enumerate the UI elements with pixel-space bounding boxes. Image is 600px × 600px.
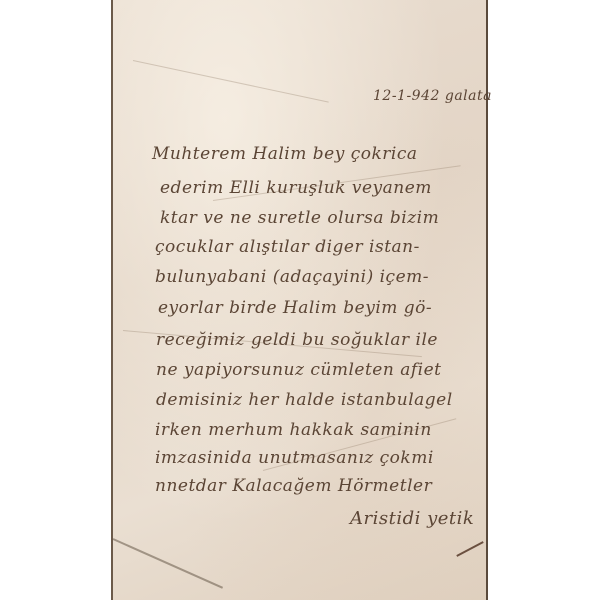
paper-crease [133, 60, 329, 103]
letter-line: irken merhum hakkak saminin [155, 420, 432, 440]
letter-line: ederim Elli kuruşluk veyanem [160, 178, 432, 198]
letter-line: imzasinida unutmasanız çokmi [155, 448, 434, 468]
letter-line: Muhterem Halim bey çokrica [152, 144, 418, 164]
letter-line: çocuklar alıştılar diger istan- [155, 237, 420, 257]
signature: Aristidi yetik [350, 508, 474, 529]
letter-line: nnetdar Kalacağem Hörmetler [155, 476, 432, 496]
letter-line: ne yapiyorsunuz cümleten afiet [156, 360, 441, 380]
letter-line: bulunyabani (adaçayini) içem- [155, 267, 429, 287]
letter-line: receğimiz geldi bu soğuklar ile [156, 330, 438, 350]
letter-line: ktar ve ne suretle olursa bizim [160, 208, 439, 228]
letter-line: eyorlar birde Halim beyim gö- [158, 298, 432, 318]
letter-date: 12-1-942 galata [373, 88, 492, 104]
paper-fold [113, 538, 223, 589]
letter-line: demisiniz her halde istanbulagel [156, 390, 453, 410]
